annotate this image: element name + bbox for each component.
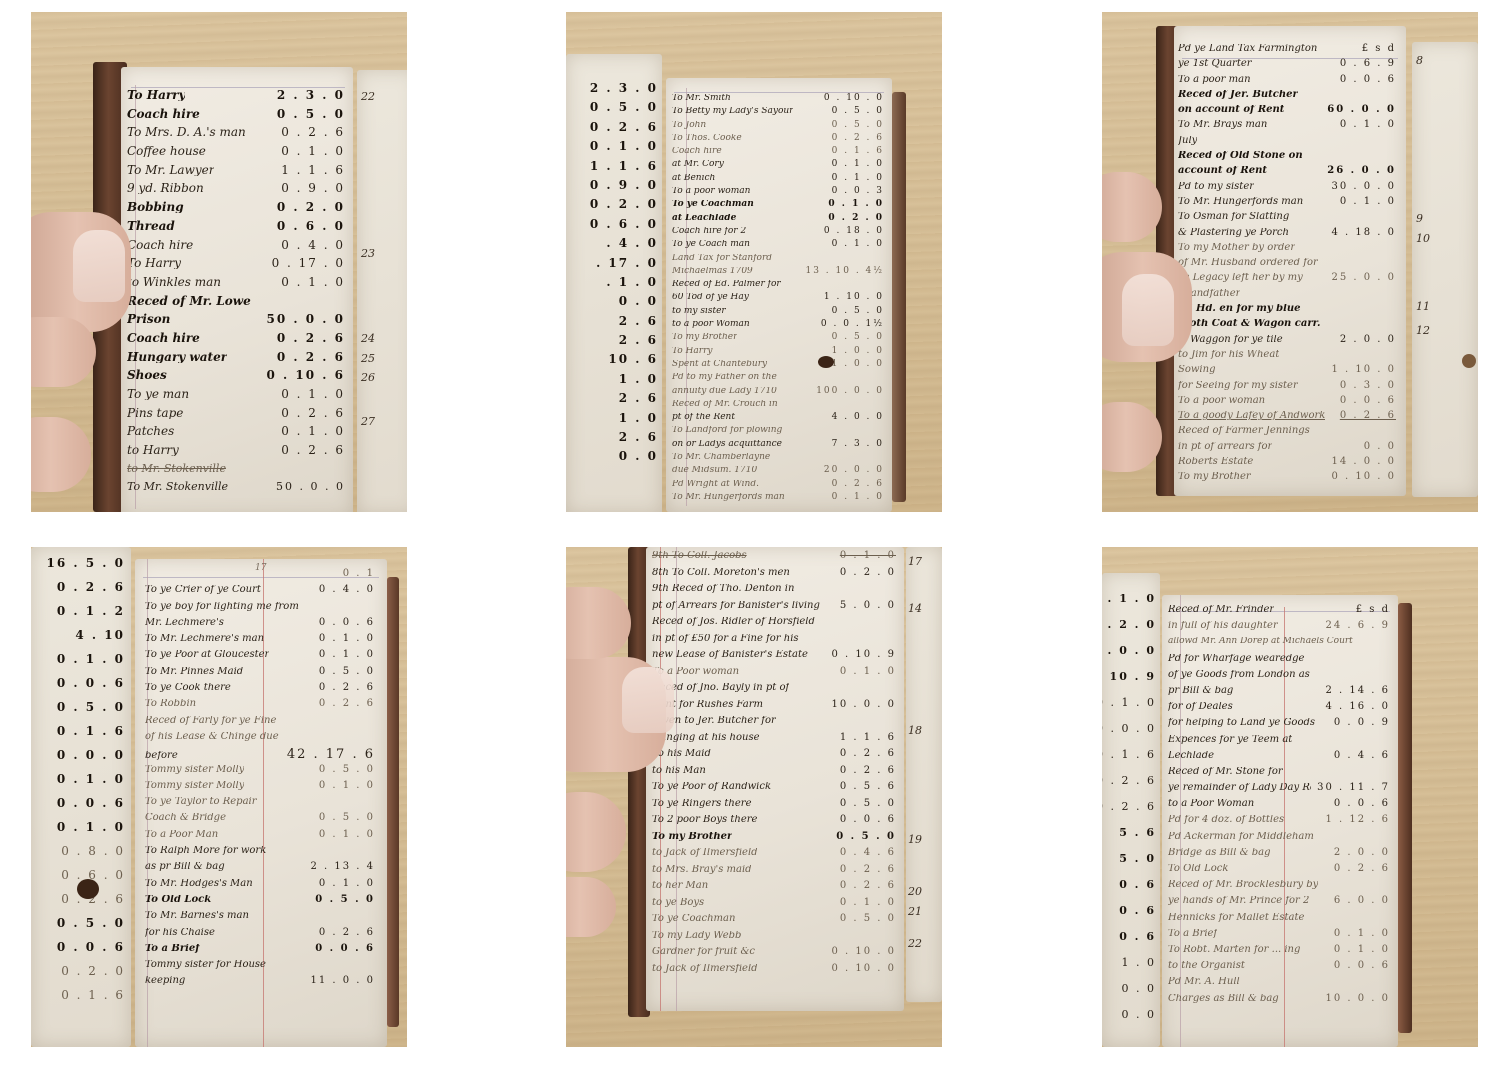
facing-amount: 1 . 0 xyxy=(1104,957,1156,983)
ledger-entry: To Mr. Barnes's man xyxy=(145,911,375,927)
ledger-entry: to the Organist0 . 0 . 6 xyxy=(1168,961,1390,977)
entry-description: To Harry xyxy=(127,257,181,269)
hand-finger xyxy=(566,587,631,659)
ledger-entry: Pd ye Land Tax Farmington£ s d xyxy=(1178,44,1396,59)
ledger-entry: Given to Jer. Butcher for xyxy=(652,716,896,733)
facing-page: 0 . 1 . 0 0 . 2 . 0 5 . 0 . 0 0 . 10 . 9… xyxy=(1102,573,1160,1047)
facing-amount: 0 . 1 . 6 xyxy=(35,725,125,749)
entry-description: To Mr. Stokenville xyxy=(127,481,228,492)
facing-amount: 0 . 2 . 6 xyxy=(35,581,125,605)
ledger-page: 9th To Coll. Jacobs0 . 1 . 0 8th To Coll… xyxy=(646,547,904,1011)
facing-amount: 0 . 1 . 0 xyxy=(570,140,658,159)
ledger-page: Reced of Mr. Frinder£ s d in full of his… xyxy=(1162,595,1398,1047)
facing-amount: 0 . 5 . 0 xyxy=(35,917,125,941)
ledger-entry: Grandfather xyxy=(1178,289,1396,304)
hand-finger xyxy=(1102,402,1162,472)
ledger-entry: Coach hire0 . 4 . 0 xyxy=(127,239,345,258)
facing-amount: 1 . 1 . 6 xyxy=(570,160,658,179)
facing-page: 2 . 3 . 0 0 . 5 . 0 0 . 2 . 6 0 . 1 . 0 … xyxy=(566,54,662,512)
facing-page-date: 25 xyxy=(361,352,375,365)
ledger-entry: Expences for ye Teem at xyxy=(1168,735,1390,751)
facing-page-date: 14 xyxy=(908,602,922,615)
facing-amount: 1 . 0 xyxy=(570,373,658,392)
ledger-entry: To Mr. Hungerfords man0 . 1 . 0 xyxy=(672,493,884,506)
ledger-page: Pd ye Land Tax Farmington£ s d ye 1st Qu… xyxy=(1174,26,1406,496)
ledger-entry: & Waggon for ye tile2 . 0 . 0 xyxy=(1178,335,1396,350)
facing-page-date: 9 xyxy=(1416,212,1423,225)
facing-amount: . 1 . 0 xyxy=(570,276,658,295)
ledger-entry: To my Mother by order xyxy=(1178,243,1396,258)
facing-page-date: 23 xyxy=(361,247,375,260)
entry-amount: 50 . 0 . 0 xyxy=(267,313,345,325)
ledger-entries: Reced of Mr. Frinder£ s d in full of his… xyxy=(1168,605,1390,1010)
entry-amount: 0 . 2 . 6 xyxy=(277,351,345,363)
ledger-entry: Coach & Bridge0 . 5 . 0 xyxy=(145,813,375,829)
ledger-entry: Hungary water0 . 2 . 6 xyxy=(127,351,345,370)
ledger-entry: to Mr. Stokenville xyxy=(127,463,345,482)
ledger-entry: Reced of Mr. Frinder£ s d xyxy=(1168,605,1390,621)
ledger-entry: for of Deales4 . 16 . 0 xyxy=(1168,702,1390,718)
ledger-entry: To ye Crier of ye Court0 . 4 . 0 xyxy=(145,585,375,601)
ledger-entry: new Lease of Banister's Estate0 . 10 . 9 xyxy=(652,650,896,667)
ledger-entry: To a Brief0 . 0 . 6 xyxy=(145,944,375,960)
ledger-entry: of Mr. Husband ordered for xyxy=(1178,258,1396,273)
entry-amount: 0 . 1 . 0 xyxy=(281,388,345,400)
ledger-entry: To a Poor woman0 . 1 . 0 xyxy=(652,667,896,684)
ledger-entry: To my Brother0 . 10 . 0 xyxy=(1178,472,1396,487)
ledger-entry: Rent for Rushes Farm10 . 0 . 0 xyxy=(652,700,896,717)
entry-description: Shoes xyxy=(127,369,167,381)
facing-amount: . 4 . 0 xyxy=(570,237,658,256)
ledger-entry: Land Tax for Stanford xyxy=(672,254,884,267)
ledger-entries: Pd ye Land Tax Farmington£ s d ye 1st Qu… xyxy=(1178,44,1396,488)
ledger-entry: Coach hire0 . 1 . 6 xyxy=(672,147,884,160)
ledger-entry: in pt of arrears for0 . 0 xyxy=(1178,442,1396,457)
ledger-entry: before42 . 17 . 6 xyxy=(145,748,375,764)
facing-amount: 0 . 6 xyxy=(1104,931,1156,957)
entry-description: To ye man xyxy=(127,388,189,400)
facing-amount: 0 . 0 . 0 xyxy=(1104,723,1156,749)
ledger-entry: Reced of Mr. Stone for xyxy=(1168,767,1390,783)
thumbnail xyxy=(1122,274,1174,346)
facing-amount: 4 . 10 xyxy=(35,629,125,653)
entry-amount: 2 . 3 . 0 xyxy=(277,89,345,101)
ledger-entry: To Betty my Lady's Sayour0 . 5 . 0 xyxy=(672,107,884,120)
ledger-entry: Coach hire0 . 5 . 0 xyxy=(127,108,345,127)
entry-description: Prison xyxy=(127,313,170,325)
facing-amount: 0 . 1 . 0 xyxy=(35,653,125,677)
ledger-entry: To ye Taylor to Repair xyxy=(145,797,375,813)
ledger-entry: Mr. Lechmere's0 . 0 . 6 xyxy=(145,618,375,634)
ledger-entry: To ye boy for lighting me from xyxy=(145,602,375,618)
ledger-entry: 9th To Coll. Jacobs0 . 1 . 0 xyxy=(652,551,896,568)
ledger-page: To Harry2 . 3 . 0 Coach hire0 . 5 . 0 To… xyxy=(121,67,353,512)
ledger-entry: To Mr. Brays man0 . 1 . 0 xyxy=(1178,120,1396,135)
entry-amount: 0 . 2 . 6 xyxy=(281,407,345,419)
facing-page-amounts: 16 . 5 . 0 0 . 2 . 6 0 . 1 . 2 4 . 10 0 … xyxy=(35,557,125,1013)
ledger-entry: to Jack of Ilmersfield0 . 10 . 0 xyxy=(652,964,896,981)
ledger-entry: To Harry0 . 17 . 0 xyxy=(127,257,345,276)
entry-amount: 0 . 1 . 0 xyxy=(281,425,345,437)
ledger-entries: To Mr. Smith0 . 10 . 0 To Betty my Lady'… xyxy=(672,94,884,506)
facing-amount: 2 . 3 . 0 xyxy=(570,82,658,101)
entry-description: Thread xyxy=(127,220,175,232)
ledger-entry: Sowing1 . 10 . 0 xyxy=(1178,365,1396,380)
facing-page-amounts: 2 . 3 . 0 0 . 5 . 0 0 . 2 . 6 0 . 1 . 0 … xyxy=(570,82,658,470)
ledger-entry: Gardner for fruit &c0 . 10 . 0 xyxy=(652,947,896,964)
entry-description: Hungary water xyxy=(127,351,227,363)
ledger-entry: Prison50 . 0 . 0 xyxy=(127,313,345,332)
facing-page-date: 27 xyxy=(361,415,375,428)
ledger-entry: allowd Mr. Ann Dorep at Michaels Court xyxy=(1168,637,1390,653)
ledger-entry: To Mr. Lawyer1 . 1 . 6 xyxy=(127,164,345,183)
entry-description: Coach hire xyxy=(127,108,200,120)
ledger-entry: annuity due Lady 1710100 . 0 . 0 xyxy=(672,387,884,400)
facing-amount: 2 . 6 xyxy=(570,392,658,411)
entry-description: Patches xyxy=(127,425,174,437)
ledger-page: To Mr. Smith0 . 10 . 0 To Betty my Lady'… xyxy=(666,78,892,512)
ledger-entry: ye Legacy left her by my25 . 0 . 0 xyxy=(1178,273,1396,288)
ledger-entry: To my Brother0 . 5 . 0 xyxy=(652,832,896,849)
facing-amount: 0 . 0 . 6 xyxy=(35,677,125,701)
entry-amount: 0 . 1 . 0 xyxy=(281,276,345,288)
facing-page-date: 11 xyxy=(1416,300,1430,313)
ledger-entry: 60 Tod of ye Hay1 . 10 . 0 xyxy=(672,293,884,306)
ledger-entry: in pt of £50 for a Fine for his xyxy=(652,634,896,651)
facing-page: 22 23 24 25 26 27 xyxy=(357,70,407,512)
facing-amount: 16 . 5 . 0 xyxy=(35,557,125,581)
ledger-entry: on account of Rent60 . 0 . 0 xyxy=(1178,105,1396,120)
entry-amount: 0 . 10 . 6 xyxy=(267,369,345,381)
ledger-entry: To ye Coachman0 . 1 . 0 xyxy=(672,200,884,213)
ledger-entry: Patches0 . 1 . 0 xyxy=(127,425,345,444)
ledger-entry: To Thos. Cooke0 . 2 . 6 xyxy=(672,134,884,147)
facing-page: 16 . 5 . 0 0 . 2 . 6 0 . 1 . 2 4 . 10 0 … xyxy=(31,547,131,1047)
facing-page-date: 24 xyxy=(361,332,375,345)
facing-amount: 2 . 6 xyxy=(570,315,658,334)
ledger-entry: to Mrs. Bray's maid0 . 2 . 6 xyxy=(652,865,896,882)
entry-description: Coffee house xyxy=(127,145,206,157)
ledger-entry: at Mr. Cory0 . 1 . 0 xyxy=(672,160,884,173)
ledger-entry: Charges as Bill & bag10 . 0 . 0 xyxy=(1168,994,1390,1010)
facing-amount: 0 . 1 . 6 xyxy=(1104,749,1156,775)
ledger-entry: to his Man0 . 2 . 6 xyxy=(652,766,896,783)
facing-page-date: 12 xyxy=(1416,324,1430,337)
facing-amount: 10 . 6 xyxy=(570,353,658,372)
ledger-entry: Reced of Mr. Lowe xyxy=(127,295,345,314)
entry-description: Pins tape xyxy=(127,407,183,419)
facing-amount: 0 . 1 . 0 xyxy=(35,773,125,797)
ledger-entry: Thread0 . 6 . 0 xyxy=(127,220,345,239)
entry-description: Coach hire xyxy=(127,332,200,344)
ledger-entry: To ye Poor at Gloucester0 . 1 . 0 xyxy=(145,650,375,666)
ledger-entry: 9 yd. Ribbon0 . 9 . 0 xyxy=(127,182,345,201)
manuscript-photo-5: 9th To Coll. Jacobs0 . 1 . 0 8th To Coll… xyxy=(566,547,942,1047)
ledger-entry: To my Brother0 . 5 . 0 xyxy=(672,333,884,346)
ledger-entry: Pd for 4 doz. of Bottles1 . 12 . 6 xyxy=(1168,815,1390,831)
facing-amount: 0 . 2 . 6 xyxy=(1104,775,1156,801)
facing-page-date: 20 xyxy=(908,885,922,898)
ledger-entry: To Osman for Slatting xyxy=(1178,212,1396,227)
manuscript-photo-4: 16 . 5 . 0 0 . 2 . 6 0 . 1 . 2 4 . 10 0 … xyxy=(31,547,407,1047)
ledger-entry: To a poor woman0 . 0 . 3 xyxy=(672,187,884,200)
facing-amount: 0 . 0 . 6 xyxy=(35,941,125,965)
ledger-entry: to a Poor Woman0 . 0 . 6 xyxy=(1168,799,1390,815)
ledger-entry: To ye man0 . 1 . 0 xyxy=(127,388,345,407)
ledger-entry: To my Lady Webb xyxy=(652,931,896,948)
ledger-entry: Bridge as Bill & bag2 . 0 . 0 xyxy=(1168,848,1390,864)
ledger-entry: to a poor Woman0 . 0 . 1½ xyxy=(672,320,884,333)
ledger-entry: for helping to Land ye Goods0 . 0 . 9 xyxy=(1168,718,1390,734)
ledger-entry: To Mr. Pinnes Maid0 . 5 . 0 xyxy=(145,667,375,683)
ledger-entry: To Mr. Chamberlayne xyxy=(672,453,884,466)
ledger-entry: Tommy sister Molly0 . 1 . 0 xyxy=(145,781,375,797)
facing-amount: 5 . 6 xyxy=(1104,827,1156,853)
book-spine xyxy=(892,92,906,502)
ledger-entry: for his Chaise0 . 2 . 6 xyxy=(145,928,375,944)
facing-amount: 0 . 1 . 0 xyxy=(1104,593,1156,619)
entry-amount: 0 . 9 . 0 xyxy=(281,182,345,194)
hand-finger xyxy=(31,417,91,492)
manuscript-photo-3: Pd ye Land Tax Farmington£ s d ye 1st Qu… xyxy=(1102,12,1478,512)
ledger-entry: & Plastering ye Porch4 . 18 . 0 xyxy=(1178,228,1396,243)
facing-amount: 2 . 6 xyxy=(570,431,658,450)
entry-description: 9 yd. Ribbon xyxy=(127,182,204,194)
ledger-entry: To Harry2 . 3 . 0 xyxy=(127,89,345,108)
ledger-entry: Pd Wright at Wind.0 . 2 . 6 xyxy=(672,480,884,493)
ledger-entry: Hennicks for Mallet Estate xyxy=(1168,913,1390,929)
ledger-entry: To Old Lock0 . 5 . 0 xyxy=(145,895,375,911)
hand-finger xyxy=(31,317,96,387)
ledger-entry: To his Maid0 . 2 . 6 xyxy=(652,749,896,766)
ledger-entries: 0 . 1 To ye Crier of ye Court0 . 4 . 0 T… xyxy=(145,569,375,993)
facing-amount: 0 . 2 . 6 xyxy=(1104,801,1156,827)
entry-amount: 0 . 2 . 6 xyxy=(281,444,345,456)
ledger-entry: ye remainder of Lady Day Rent30 . 11 . 7 xyxy=(1168,783,1390,799)
facing-amount: 0 . 1 . 0 xyxy=(35,821,125,845)
ledger-entry: to Harry0 . 2 . 6 xyxy=(127,444,345,463)
ledger-entry: on or Ladys acquittance7 . 3 . 0 xyxy=(672,440,884,453)
ledger-entry: Reced of Jos. Ridler of Horsfield xyxy=(652,617,896,634)
ledger-entry: Cloth Coat & Wagon carr. xyxy=(1178,319,1396,334)
facing-amount: 0 . 2 . 6 xyxy=(570,121,658,140)
ledger-entry: bringing at his house1 . 1 . 6 xyxy=(652,733,896,750)
entry-description: Bobbing xyxy=(127,201,184,213)
ledger-entry: To Mrs. D. A.'s man0 . 2 . 6 xyxy=(127,126,345,145)
entry-amount: 0 . 5 . 0 xyxy=(277,108,345,120)
facing-amount: 0 . 0 xyxy=(570,450,658,469)
ledger-entry: Pd Hd. en for my blue xyxy=(1178,304,1396,319)
ledger-entry: account of Rent26 . 0 . 0 xyxy=(1178,166,1396,181)
entry-description: Reced of Mr. Lowe xyxy=(127,295,251,307)
ledger-entry: To Robt. Marten for ... ing0 . 1 . 0 xyxy=(1168,945,1390,961)
entry-description: to Winkles man xyxy=(127,276,221,288)
ledger-entry: To ye Coachman0 . 5 . 0 xyxy=(652,914,896,931)
ledger-entry: To a poor woman0 . 0 . 6 xyxy=(1178,396,1396,411)
entry-amount: 0 . 2 . 6 xyxy=(277,332,345,344)
ledger-entry: to Jim for his Wheat xyxy=(1178,350,1396,365)
facing-page-date: 22 xyxy=(361,90,375,103)
ledger-entry: ye hands of Mr. Prince for 26 . 0 . 0 xyxy=(1168,896,1390,912)
ledger-entry: To a goody Lafey of Andwork0 . 2 . 6 xyxy=(1178,411,1396,426)
facing-amount: 0 . 1 . 6 xyxy=(35,989,125,1013)
ledger-entry: To Mr. Smith0 . 10 . 0 xyxy=(672,94,884,107)
ledger-entry: To Robbin0 . 2 . 6 xyxy=(145,699,375,715)
ledger-entry: 0 . 1 xyxy=(145,569,375,585)
facing-amount: 0 . 1 . 2 xyxy=(35,605,125,629)
ledger-entry: keeping11 . 0 . 0 xyxy=(145,976,375,992)
facing-amount: 0 . 2 . 0 xyxy=(1104,619,1156,645)
entry-description: to Harry xyxy=(127,444,179,456)
facing-page-date: 22 xyxy=(908,937,922,950)
ledger-entry: Reced of Mr. Brocklesbury by xyxy=(1168,880,1390,896)
entry-description: To Mrs. D. A.'s man xyxy=(127,126,246,138)
ledger-entry: pr Bill & bag2 . 14 . 6 xyxy=(1168,686,1390,702)
facing-page: 17 14 18 19 20 21 22 xyxy=(906,547,942,1002)
facing-amount: 5 . 0 . 0 xyxy=(1104,645,1156,671)
hand-finger xyxy=(566,877,616,937)
ledger-entry: To ye Coach man0 . 1 . 0 xyxy=(672,240,884,253)
ledger-entry: Reced of Farly for ye Fine xyxy=(145,716,375,732)
ledger-entry: at Leachlade0 . 2 . 0 xyxy=(672,214,884,227)
ledger-entry: ye 1st Quarter0 . 6 . 9 xyxy=(1178,59,1396,74)
ledger-entry: To a Poor Man0 . 1 . 0 xyxy=(145,830,375,846)
ledger-entry: to her Man0 . 2 . 6 xyxy=(652,881,896,898)
facing-amount: 0 . 0 . 6 xyxy=(35,797,125,821)
ledger-entry: To Mr. Stokenville50 . 0 . 0 xyxy=(127,481,345,500)
entry-amount: 0 . 1 . 0 xyxy=(281,145,345,157)
ledger-entry: Coach hire0 . 2 . 6 xyxy=(127,332,345,351)
ledger-entry: Pins tape0 . 2 . 6 xyxy=(127,407,345,426)
stain xyxy=(1462,354,1476,368)
ledger-entry: 9th Reced of Tho. Denton in xyxy=(652,584,896,601)
hand-finger xyxy=(1102,172,1162,242)
ledger-entry: in full of his daughter24 . 6 . 9 xyxy=(1168,621,1390,637)
ledger-entry: to ye Boys0 . 1 . 0 xyxy=(652,898,896,915)
ledger-entry: To 2 poor Boys there0 . 0 . 6 xyxy=(652,815,896,832)
ledger-entry: Pd for Wharfage wearedge xyxy=(1168,654,1390,670)
ledger-entry: pt of the Rent4 . 0 . 0 xyxy=(672,413,884,426)
ledger-entry: Coach hire for 20 . 18 . 0 xyxy=(672,227,884,240)
ledger-entry: To Harry1 . 0 . 0 xyxy=(672,347,884,360)
ledger-entry: Roberts Estate14 . 0 . 0 xyxy=(1178,457,1396,472)
entry-description: To Mr. Lawyer xyxy=(127,164,214,176)
ink-blot xyxy=(77,879,99,899)
ledger-entry: To ye Poor of Randwick0 . 5 . 6 xyxy=(652,782,896,799)
ledger-entry: To Landford for plowing xyxy=(672,426,884,439)
ledger-entry: To Mr. Hungerfords man0 . 1 . 0 xyxy=(1178,197,1396,212)
ledger-entry: To Ralph More for work xyxy=(145,846,375,862)
entry-amount: 0 . 2 . 0 xyxy=(277,201,345,213)
ledger-entry: Coffee house0 . 1 . 0 xyxy=(127,145,345,164)
facing-amount: . 17 . 0 xyxy=(570,257,658,276)
ledger-entry: Shoes0 . 10 . 6 xyxy=(127,369,345,388)
ledger-entry: pt of Arrears for Banister's living5 . 0… xyxy=(652,601,896,618)
entry-description: Coach hire xyxy=(127,239,193,251)
ledger-entry: at Benich0 . 1 . 0 xyxy=(672,174,884,187)
ledger-entry: to Winkles man0 . 1 . 0 xyxy=(127,276,345,295)
facing-amount: 0 . 6 . 0 xyxy=(570,218,658,237)
facing-page-amounts: 0 . 1 . 0 0 . 2 . 0 5 . 0 . 0 0 . 10 . 9… xyxy=(1104,593,1156,1035)
facing-amount: 0 . 2 . 0 xyxy=(570,198,658,217)
facing-amount: 0 . 6 xyxy=(1104,879,1156,905)
ledger-page: 17 0 . 1 To ye Crier of ye Court0 . 4 . … xyxy=(135,559,387,1047)
ledger-entry: Reced of Old Stone on xyxy=(1178,151,1396,166)
ledger-entry: due Midsum. 171020 . 0 . 0 xyxy=(672,466,884,479)
ledger-entry: 8th To Coll. Moreton's men0 . 2 . 0 xyxy=(652,568,896,585)
entry-description: to Mr. Stokenville xyxy=(127,463,226,474)
manuscript-photo-2: 2 . 3 . 0 0 . 5 . 0 0 . 2 . 6 0 . 1 . 0 … xyxy=(566,12,942,512)
facing-amount: 0 . 0 xyxy=(1104,1009,1156,1035)
entry-amount: 0 . 6 . 0 xyxy=(277,220,345,232)
hand-finger xyxy=(566,792,626,872)
ledger-entry: Reced of Ed. Palmer for xyxy=(672,280,884,293)
facing-amount: 1 . 0 xyxy=(570,412,658,431)
entry-amount: 0 . 2 . 6 xyxy=(281,126,345,138)
facing-page-date: 10 xyxy=(1416,232,1430,245)
ledger-entry: Reced of Jer. Butcher xyxy=(1178,90,1396,105)
entry-amount: 0 . 17 . 0 xyxy=(272,257,345,269)
facing-amount: 0 . 0 xyxy=(570,295,658,314)
entry-amount: 1 . 1 . 6 xyxy=(281,164,345,176)
facing-amount: 0 . 1 . 0 xyxy=(1104,697,1156,723)
ledger-entry: To Mr. Lechmere's man0 . 1 . 0 xyxy=(145,634,375,650)
ledger-entry: Pd Mr. A. Hull xyxy=(1168,977,1390,993)
facing-amount: 0 . 2 . 0 xyxy=(35,965,125,989)
ledger-entry: To ye Cook there0 . 2 . 6 xyxy=(145,683,375,699)
ledger-entries: To Harry2 . 3 . 0 Coach hire0 . 5 . 0 To… xyxy=(127,89,345,500)
facing-page-date: 26 xyxy=(361,371,375,384)
ledger-entry: July xyxy=(1178,136,1396,151)
ledger-entry: Tommy sister Molly0 . 5 . 0 xyxy=(145,765,375,781)
entry-amount: 50 . 0 . 0 xyxy=(276,481,345,492)
book-spine xyxy=(387,577,399,1027)
ledger-entry: Tommy sister for House xyxy=(145,960,375,976)
ledger-entry: Pd to my Father on the xyxy=(672,373,884,386)
ledger-entry: as pr Bill & bag2 . 13 . 4 xyxy=(145,862,375,878)
ledger-entry: Pd to my sister30 . 0 . 0 xyxy=(1178,182,1396,197)
ledger-entry: To Old Lock0 . 2 . 6 xyxy=(1168,864,1390,880)
ledger-entry: To a Brief0 . 1 . 0 xyxy=(1168,929,1390,945)
thumbnail xyxy=(73,230,125,302)
facing-page-date: 21 xyxy=(908,905,922,918)
ledger-entry: of his Lease & Chinge due xyxy=(145,732,375,748)
facing-amount: 5 . 0 xyxy=(1104,853,1156,879)
facing-page-date: 8 xyxy=(1416,54,1423,67)
ledger-entry: To ye Ringers there0 . 5 . 0 xyxy=(652,799,896,816)
facing-amount: 0 . 8 . 0 xyxy=(35,845,125,869)
ledger-entry: Reced of Farmer Jennings xyxy=(1178,426,1396,441)
ledger-entry: Michaelmas 170913 . 10 . 4½ xyxy=(672,267,884,280)
ledger-entry: Lechlade0 . 4 . 6 xyxy=(1168,751,1390,767)
ledger-entry: To Mr. Hodges's Man0 . 1 . 0 xyxy=(145,879,375,895)
facing-page-date: 17 xyxy=(908,555,922,568)
facing-amount: 0 . 5 . 0 xyxy=(570,101,658,120)
ledger-entry: To a poor man0 . 0 . 6 xyxy=(1178,75,1396,90)
book-spine xyxy=(1398,603,1412,1033)
entry-description: To Harry xyxy=(127,89,185,101)
ledger-entries: 9th To Coll. Jacobs0 . 1 . 0 8th To Coll… xyxy=(652,551,896,980)
ink-blot xyxy=(818,356,834,368)
ledger-entry: Bobbing0 . 2 . 0 xyxy=(127,201,345,220)
facing-page: 8 9 10 11 12 xyxy=(1412,42,1478,497)
facing-page-date: 18 xyxy=(908,724,922,737)
ledger-entry: for Seeing for my sister0 . 3 . 0 xyxy=(1178,381,1396,396)
facing-amount: 0 . 6 xyxy=(1104,905,1156,931)
ledger-entry: to Jack of Ilmersfield0 . 4 . 6 xyxy=(652,848,896,865)
ledger-entry: To John0 . 5 . 0 xyxy=(672,121,884,134)
thumbnail xyxy=(622,667,674,733)
